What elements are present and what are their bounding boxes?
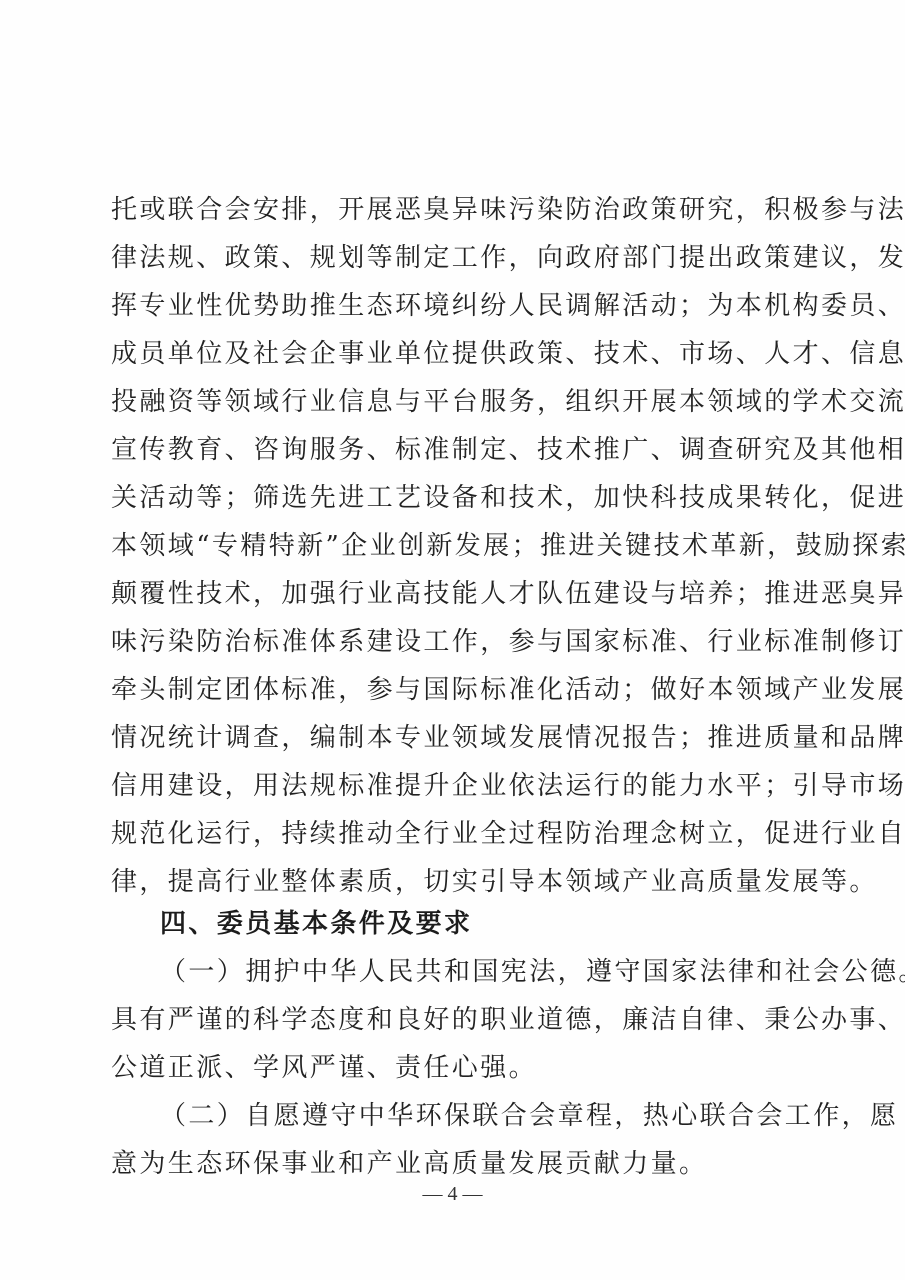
body-text-line: 信用建设，用法规标准提升企业依法运行的能力水平；引导市场 — [111, 770, 801, 802]
clause-1-first-line: （一）拥护中华人民共和国宪法，遵守国家法律和社会公德。 — [160, 956, 801, 988]
body-text-line: 情况统计调查，编制本专业领域发展情况报告；推进质量和品牌 — [111, 722, 801, 754]
body-text-line: 宣传教育、咨询服务、标准制定、技术推广、调查研究及其他相 — [111, 434, 801, 466]
document-page: 托或联合会安排，开展恶臭异味污染防治政策研究，积极参与法 律法规、政策、规划等制… — [0, 0, 905, 1280]
body-text-line: 颠覆性技术，加强行业高技能人才队伍建设与培养；推进恶臭异 — [111, 578, 801, 610]
section-heading: 四、委员基本条件及要求 — [160, 908, 801, 940]
body-text-line: 律法规、政策、规划等制定工作，向政府部门提出政策建议，发 — [111, 242, 801, 274]
clause-2-first-line: （二）自愿遵守中华环保联合会章程，热心联合会工作，愿 — [160, 1100, 801, 1132]
body-text-line: 本领域“专精特新”企业创新发展；推进关键技术革新，鼓励探索 — [111, 530, 801, 562]
clause-1-line: 公道正派、学风严谨、责任心强。 — [111, 1052, 801, 1084]
body-text-line: 牵头制定团体标准，参与国际标准化活动；做好本领域产业发展 — [111, 674, 801, 706]
clause-1-line: 具有严谨的科学态度和良好的职业道德，廉洁自律、秉公办事、 — [111, 1004, 801, 1036]
body-text-line: 托或联合会安排，开展恶臭异味污染防治政策研究，积极参与法 — [111, 194, 801, 226]
page-number: — 4 — — [0, 1182, 905, 1206]
body-text-line: 规范化运行，持续推动全行业全过程防治理念树立，促进行业自 — [111, 818, 801, 850]
clause-2-line: 意为生态环保事业和产业高质量发展贡献力量。 — [111, 1148, 801, 1180]
body-text-line: 关活动等；筛选先进工艺设备和技术，加快科技成果转化，促进 — [111, 482, 801, 514]
body-text-line: 挥专业性优势助推生态环境纠纷人民调解活动；为本机构委员、 — [111, 290, 801, 322]
body-text-line: 投融资等领域行业信息与平台服务，组织开展本领域的学术交流、 — [111, 386, 801, 418]
body-text-line: 成员单位及社会企事业单位提供政策、技术、市场、人才、信息、 — [111, 338, 801, 370]
body-text-line: 味污染防治标准体系建设工作，参与国家标准、行业标准制修订， — [111, 626, 801, 658]
body-text-line: 律，提高行业整体素质，切实引导本领域产业高质量发展等。 — [111, 866, 801, 898]
